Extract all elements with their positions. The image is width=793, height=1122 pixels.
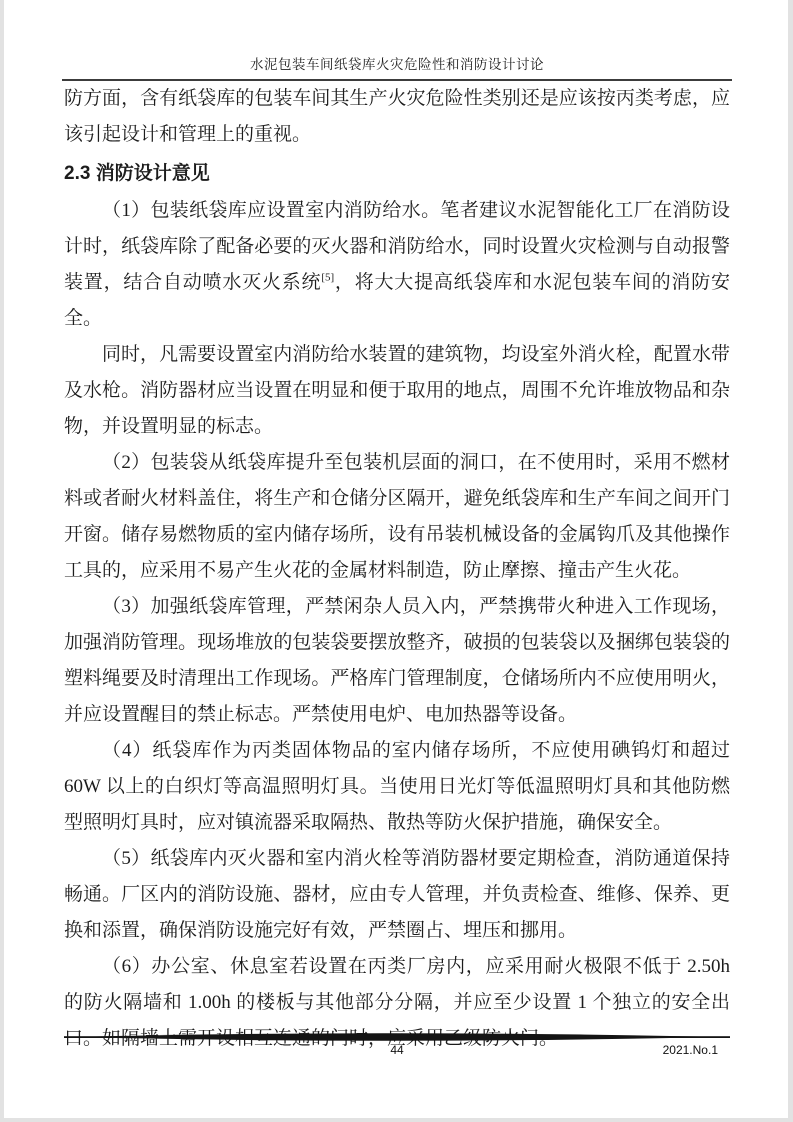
footer-rule bbox=[64, 1033, 730, 1042]
scan-edge-bottom bbox=[0, 1118, 793, 1122]
page-footer: 44 2021.No.1 bbox=[64, 1033, 730, 1059]
page-content: 水泥包装车间纸袋库火灾危险性和消防设计讨论 防方面，含有纸袋库的包装车间其生产火… bbox=[64, 56, 730, 1057]
issue-label: 2021.No.1 bbox=[663, 1043, 718, 1057]
section-heading-2-3: 2.3 消防设计意见 bbox=[64, 156, 730, 192]
paragraph-1: （1）包装纸袋库应设置室内消防给水。笔者建议水泥智能化工厂在消防设计时，纸袋库除… bbox=[64, 193, 730, 337]
paragraph-3: （3）加强纸袋库管理，严禁闲杂人员入内，严禁携带火种进入工作现场，加强消防管理。… bbox=[64, 589, 730, 733]
article-body: 防方面，含有纸袋库的包装车间其生产火灾危险性类别还是应该按丙类考虑，应该引起设计… bbox=[64, 81, 730, 1057]
page-number: 44 bbox=[64, 1043, 730, 1057]
footer-meta: 44 2021.No.1 bbox=[64, 1043, 730, 1059]
scan-edge-right bbox=[788, 0, 793, 1122]
paragraph-4: （4）纸袋库作为丙类固体物品的室内储存场所，不应使用碘钨灯和超过 60W 以上的… bbox=[64, 733, 730, 841]
paragraph-intro-continuation: 防方面，含有纸袋库的包装车间其生产火灾危险性类别还是应该按丙类考虑，应该引起设计… bbox=[64, 81, 730, 153]
paragraph-5: （5）纸袋库内灭火器和室内消火栓等消防器材要定期检查，消防通道保持畅通。厂区内的… bbox=[64, 841, 730, 949]
paragraph-hydrant: 同时，凡需要设置室内消防给水装置的建筑物，均设室外消火栓，配置水带及水枪。消防器… bbox=[64, 337, 730, 445]
running-header-title: 水泥包装车间纸袋库火灾危险性和消防设计讨论 bbox=[64, 56, 730, 74]
citation-reference-5: [5] bbox=[321, 272, 334, 284]
scan-edge-left bbox=[0, 0, 4, 1122]
paragraph-2: （2）包装袋从纸袋库提升至包装机层面的洞口，在不使用时，采用不燃材料或者耐火材料… bbox=[64, 445, 730, 589]
